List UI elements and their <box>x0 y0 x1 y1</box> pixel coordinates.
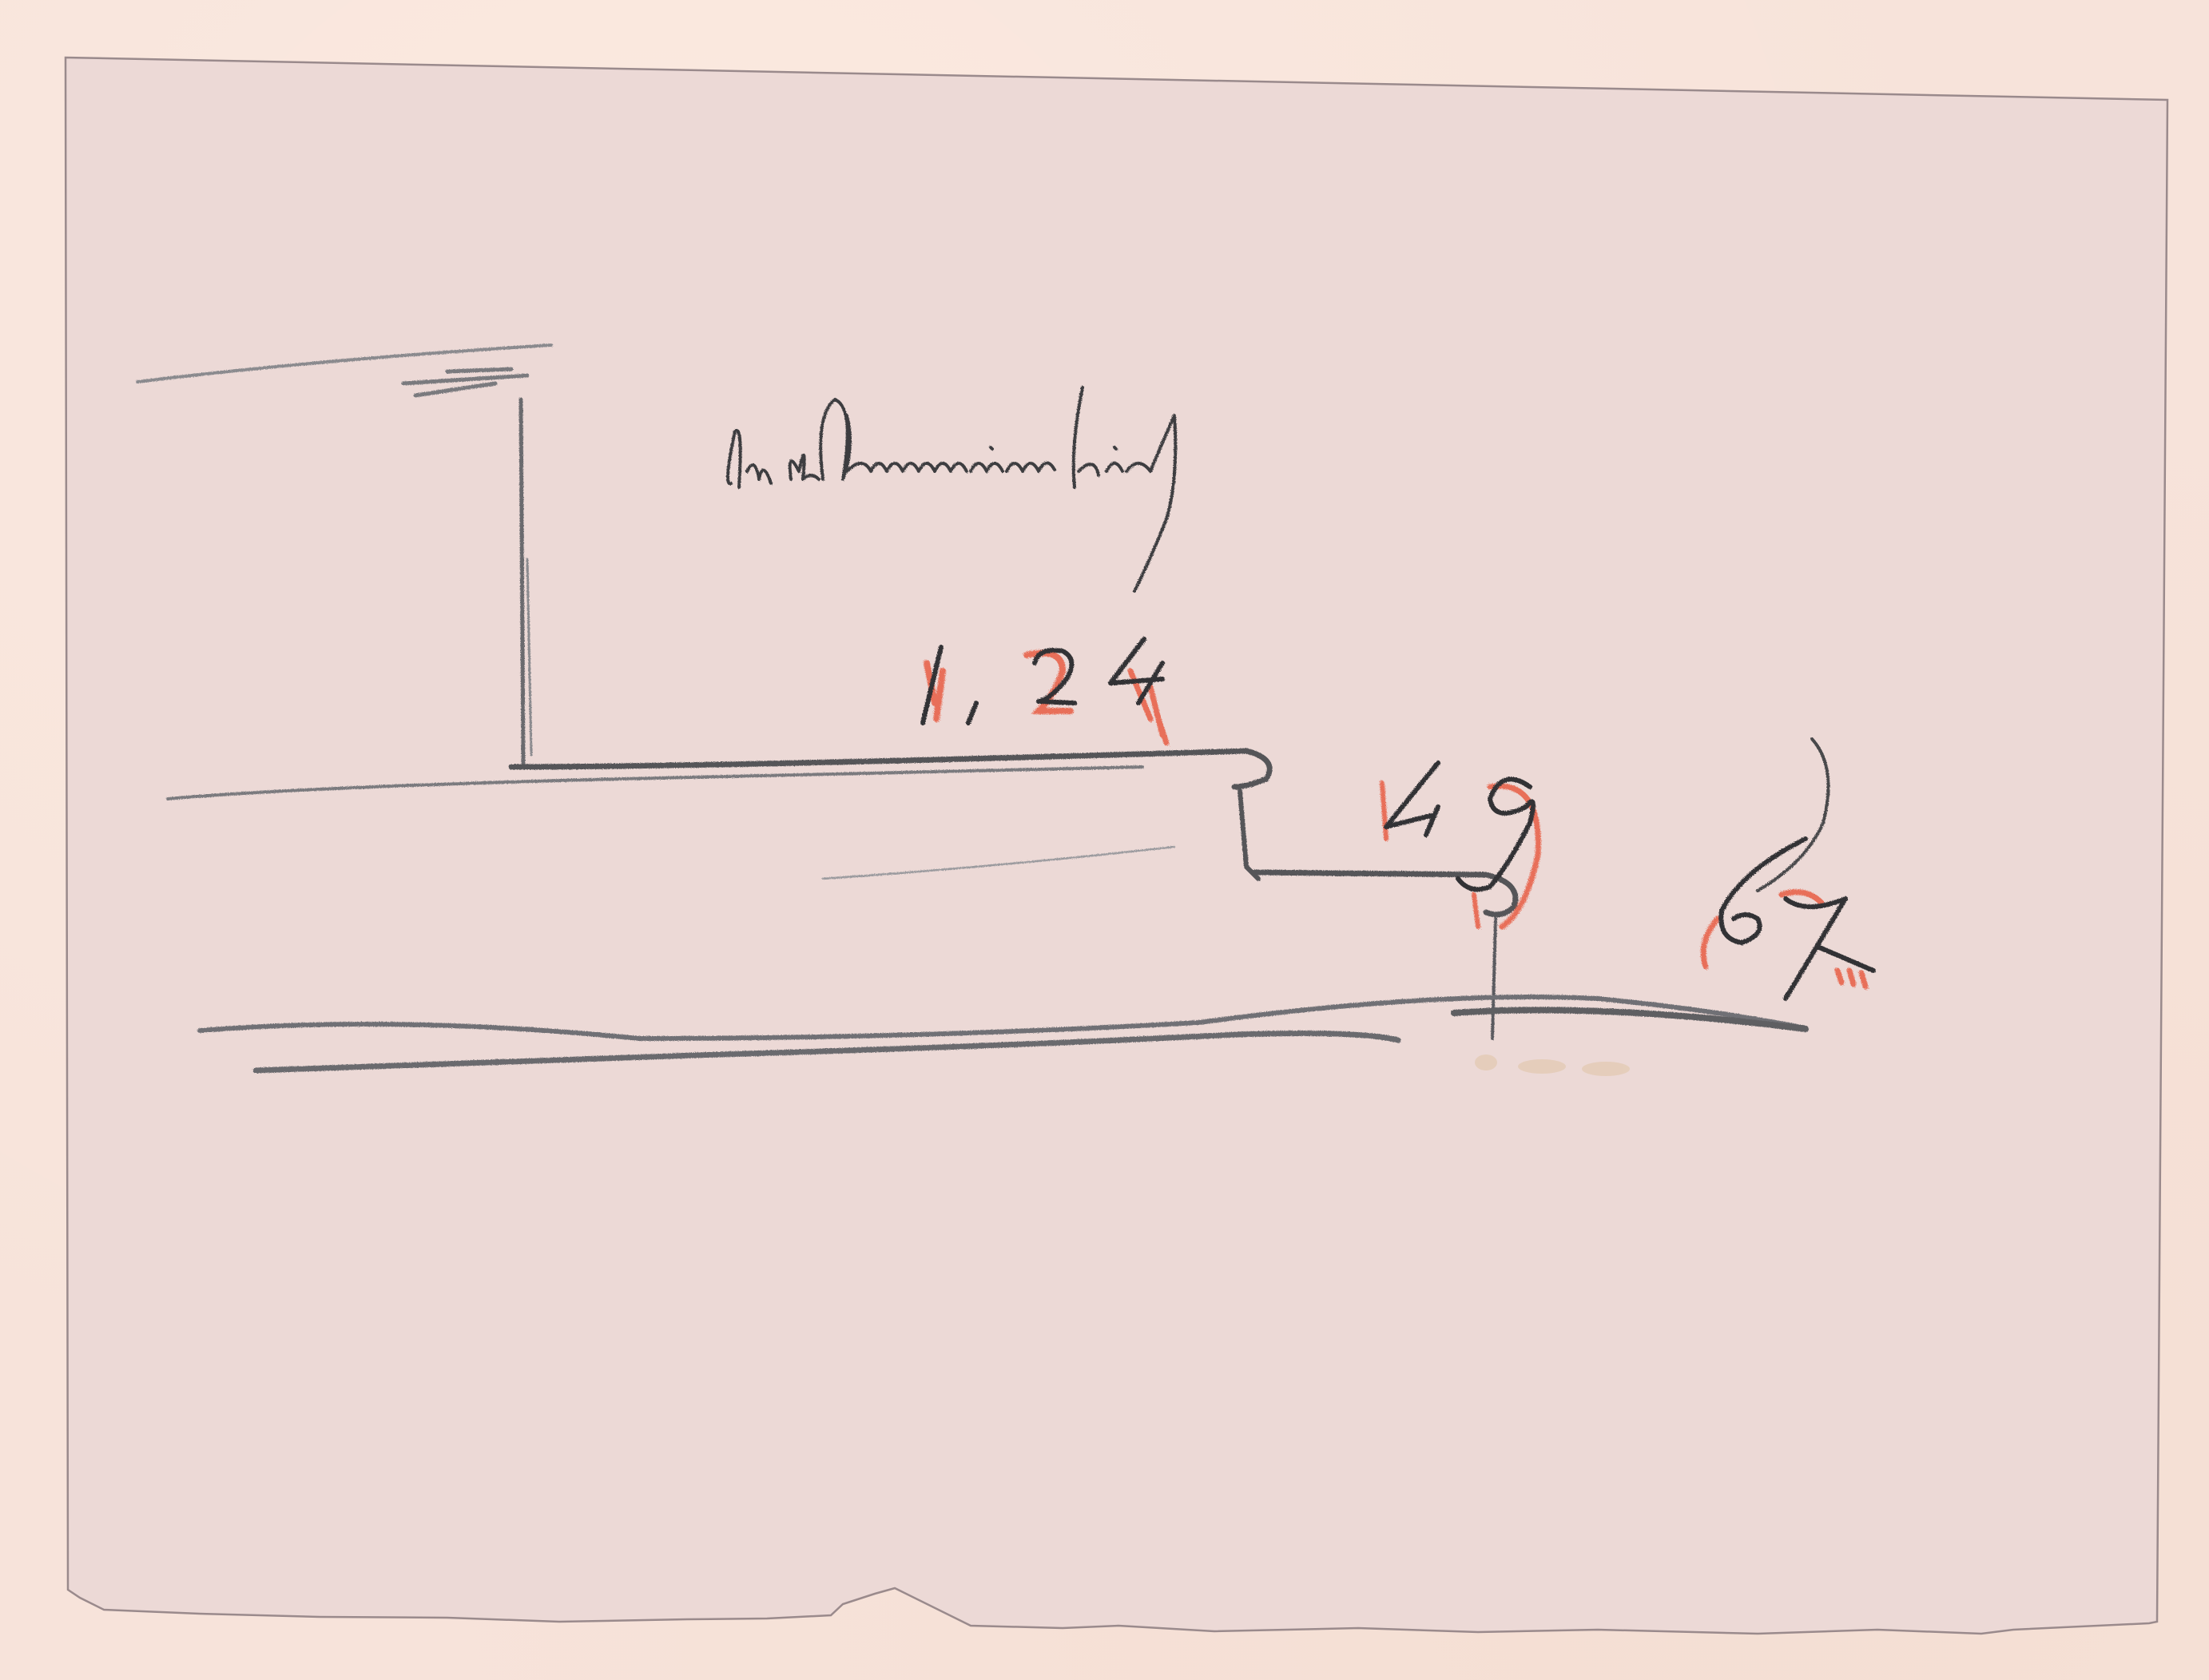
paper-sheet <box>66 58 2167 1634</box>
measurement-lower-offset: 67 <box>1718 887 1806 988</box>
sketch-sheet <box>0 0 2209 1680</box>
measurement-upper-ledge: 1,24 <box>919 631 1073 733</box>
wall-line <box>521 399 523 767</box>
measurement-step-height: 49 <box>1382 755 1470 856</box>
title-transcription: In der Dominikanerkirche <box>723 391 1769 481</box>
